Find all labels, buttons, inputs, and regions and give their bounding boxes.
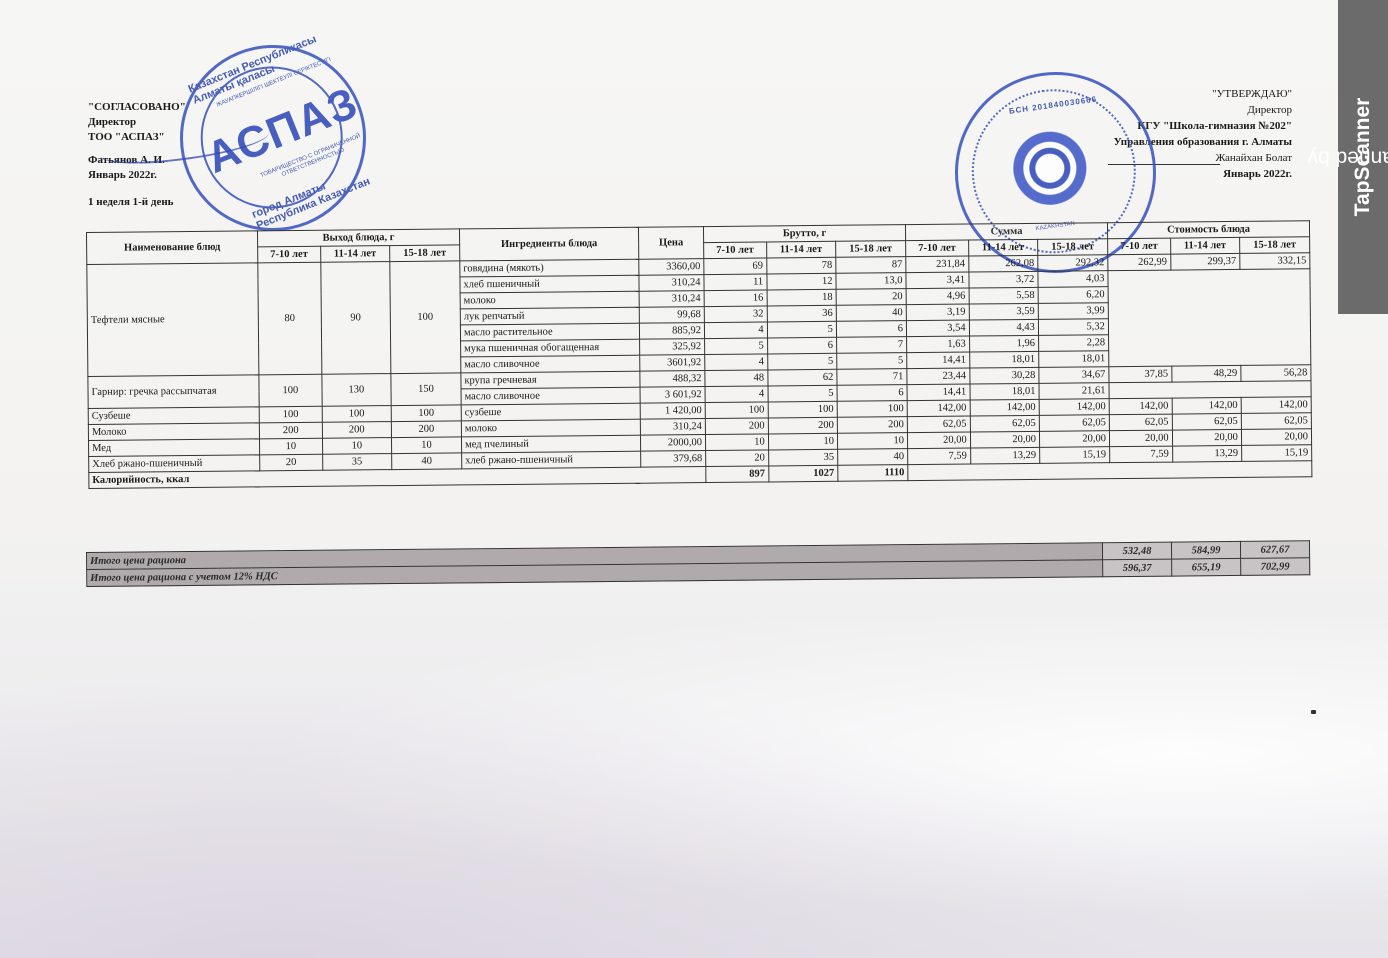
ingredient-brutto: 10 <box>768 433 837 450</box>
ingredient-brutto: 69 <box>704 258 767 275</box>
dish-yield: 100 <box>259 374 322 407</box>
ingredient-sum: 142,00 <box>907 400 970 417</box>
dish-cost: 15,19 <box>1241 445 1311 462</box>
ingredient-price: 310,24 <box>639 275 704 292</box>
dish-cost: 56,28 <box>1241 365 1311 382</box>
ingredient-name: крупа гречневая <box>461 371 640 389</box>
dish-cost: 142,00 <box>1109 398 1172 415</box>
header-age: 15-18 лет <box>390 245 460 262</box>
header-age: 11-14 лет <box>766 241 835 258</box>
ingredient-brutto: 13,0 <box>836 273 906 290</box>
header-dish: Наименование блюд <box>87 231 258 265</box>
dish-yield: 200 <box>259 422 322 439</box>
cost-blank <box>1108 269 1311 367</box>
dish-name: Хлеб ржано-пшеничный <box>89 455 260 473</box>
ingredient-sum: 14,41 <box>907 352 970 369</box>
approved-title: "УТВЕРЖДАЮ" <box>1114 86 1292 102</box>
calories-blank <box>908 461 1312 481</box>
header-age: 15-18 лет <box>836 241 906 258</box>
ingredient-sum: 1,96 <box>969 335 1038 352</box>
ingredient-brutto: 100 <box>837 401 907 418</box>
ingredient-brutto: 36 <box>767 305 836 322</box>
ingredient-name: молоко <box>461 419 640 437</box>
week-day-label: 1 неделя 1-й день <box>88 195 186 210</box>
ingredient-sum: 2,28 <box>1038 335 1108 352</box>
dish-yield: 130 <box>322 374 392 407</box>
ingredient-price: 1 420,00 <box>640 403 705 420</box>
ingredient-brutto: 32 <box>704 306 767 323</box>
header-age: 11-14 лет <box>1170 237 1239 254</box>
ingredient-brutto: 40 <box>836 305 906 322</box>
ingredient-brutto: 6 <box>837 385 907 402</box>
ingredient-sum: 62,05 <box>907 416 970 433</box>
ingredient-brutto: 10 <box>837 433 907 450</box>
ingredient-sum: 21,61 <box>1039 383 1109 400</box>
dish-yield: 80 <box>258 262 322 375</box>
ingredient-brutto: 5 <box>837 353 907 370</box>
ingredient-price: 310,24 <box>639 291 704 308</box>
ingredient-brutto: 200 <box>837 417 907 434</box>
ingredient-sum: 3,72 <box>969 271 1038 288</box>
header-ingredients: Ингредиенты блюда <box>459 227 638 261</box>
agreed-position: Директор <box>88 115 186 130</box>
ingredient-brutto: 20 <box>706 450 769 467</box>
ingredient-name: хлеб пшеничный <box>460 275 639 293</box>
totals-table: Итого цена рациона532,48584,99627,67Итог… <box>86 540 1310 587</box>
ingredient-sum: 13,29 <box>970 447 1039 464</box>
ingredient-brutto: 7 <box>836 337 906 354</box>
header-age: 15-18 лет <box>1239 237 1309 254</box>
ingredient-sum: 231,84 <box>906 256 969 273</box>
dish-cost: 20,00 <box>1109 430 1172 447</box>
ingredient-brutto: 4 <box>705 386 768 403</box>
ingredient-name: молоко <box>460 291 639 309</box>
dish-yield: 200 <box>391 421 461 438</box>
ingredient-price: 99,68 <box>639 307 704 324</box>
ingredient-sum: 6,20 <box>1038 287 1108 304</box>
dish-cost: 62,05 <box>1241 413 1311 430</box>
ingredient-name: масло сливочное <box>461 355 640 373</box>
dish-cost: 262,99 <box>1108 254 1171 271</box>
ingredient-price: 3 601,92 <box>640 387 705 404</box>
calories-value: 897 <box>706 466 769 483</box>
ingredient-brutto: 16 <box>704 290 767 307</box>
ingredient-sum: 292,32 <box>1038 255 1108 272</box>
ingredient-sum: 1,63 <box>907 336 970 353</box>
ingredient-price: 3360,00 <box>639 259 704 276</box>
ingredient-name: сузбеше <box>461 403 640 421</box>
ingredient-brutto: 35 <box>768 449 837 466</box>
header-yield: Выход блюда, г <box>257 229 459 247</box>
ingredient-sum: 3,99 <box>1038 303 1108 320</box>
cost-blank <box>1109 381 1311 399</box>
dish-yield: 10 <box>322 438 391 455</box>
ingredient-sum: 5,58 <box>969 287 1038 304</box>
ingredient-sum: 142,00 <box>1039 399 1109 416</box>
ingredient-name: хлеб ржано-пшеничный <box>462 451 641 469</box>
dish-cost: 332,15 <box>1240 253 1310 270</box>
dish-cost: 20,00 <box>1241 429 1311 446</box>
ingredient-sum: 20,00 <box>970 431 1039 448</box>
dish-cost: 37,85 <box>1109 366 1172 383</box>
ingredient-sum: 18,01 <box>970 383 1039 400</box>
ingredient-brutto: 48 <box>705 370 768 387</box>
ingredient-brutto: 5 <box>768 385 837 402</box>
ingredient-name: масло растительное <box>460 323 639 341</box>
dish-cost: 62,05 <box>1109 414 1172 431</box>
ingredient-brutto: 78 <box>766 257 835 274</box>
dish-yield: 100 <box>390 261 461 374</box>
ingredient-brutto: 4 <box>704 322 767 339</box>
dish-name: Мед <box>89 439 260 457</box>
dish-yield: 150 <box>391 373 461 406</box>
ingredient-price: 885,92 <box>639 323 704 340</box>
ingredient-brutto: 100 <box>768 401 837 418</box>
ingredient-brutto: 5 <box>767 321 836 338</box>
paper-background <box>0 620 1388 958</box>
dish-yield: 10 <box>259 438 322 455</box>
ingredient-brutto: 100 <box>705 402 768 419</box>
totals-value: 702,99 <box>1241 558 1310 576</box>
dish-name: Сузбеше <box>88 407 259 425</box>
ingredient-price: 325,92 <box>640 339 705 356</box>
ingredient-brutto: 20 <box>836 289 906 306</box>
ingredient-sum: 18,01 <box>1039 351 1109 368</box>
dish-cost: 142,00 <box>1172 397 1241 414</box>
totals-value: 627,67 <box>1240 541 1309 559</box>
ingredient-brutto: 6 <box>836 321 906 338</box>
dish-yield: 40 <box>392 453 462 470</box>
ingredient-price: 3601,92 <box>640 355 705 372</box>
dish-cost: 13,29 <box>1172 445 1241 462</box>
header-sum: Сумма <box>905 223 1107 241</box>
speck <box>1311 710 1316 714</box>
ingredient-name: говядина (мякоть) <box>460 259 639 277</box>
header-age: 11-14 лет <box>968 239 1037 256</box>
ingredient-sum: 262,08 <box>968 255 1037 272</box>
ingredient-name: мед пчелиный <box>461 435 640 453</box>
totals-value: 584,99 <box>1171 541 1240 559</box>
dish-cost: 142,00 <box>1241 397 1311 414</box>
ingredient-sum: 3,59 <box>969 303 1038 320</box>
ingredient-sum: 4,96 <box>906 288 969 305</box>
ingredient-sum: 4,43 <box>969 319 1038 336</box>
ingredient-price: 379,68 <box>641 451 706 468</box>
ingredient-sum: 20,00 <box>907 432 970 449</box>
header-age: 7-10 лет <box>258 246 321 263</box>
ingredient-sum: 14,41 <box>907 384 970 401</box>
calories-value: 1110 <box>838 465 908 482</box>
ingredient-sum: 62,05 <box>1039 415 1109 432</box>
ingredient-price: 310,24 <box>640 419 705 436</box>
dish-cost: 299,37 <box>1170 253 1239 270</box>
header-age: 7-10 лет <box>1108 238 1171 255</box>
dish-yield: 100 <box>391 405 461 422</box>
ingredient-sum: 3,54 <box>906 320 969 337</box>
dish-cost: 48,29 <box>1171 365 1240 382</box>
dish-cost: 7,59 <box>1110 446 1173 463</box>
ingredient-sum: 30,28 <box>969 367 1038 384</box>
ingredient-sum: 18,01 <box>969 351 1038 368</box>
ingredient-brutto: 4 <box>705 354 768 371</box>
ingredient-brutto: 11 <box>704 274 767 291</box>
dish-yield: 20 <box>260 454 323 471</box>
dish-yield: 10 <box>391 437 461 454</box>
ingredient-brutto: 5 <box>705 338 768 355</box>
ingredient-sum: 5,32 <box>1038 319 1108 336</box>
tapscanner-watermark: Scanned by TapScanner <box>1338 0 1388 314</box>
ingredient-sum: 62,05 <box>970 415 1039 432</box>
header-price: Цена <box>638 227 703 260</box>
header-age: 11-14 лет <box>320 246 389 263</box>
ingredient-brutto: 12 <box>767 273 836 290</box>
menu-table: Наименование блюд Выход блюда, г Ингреди… <box>86 220 1312 489</box>
ingredient-name: лук репчатый <box>460 307 639 325</box>
ingredient-sum: 7,59 <box>908 448 971 465</box>
ingredient-brutto: 200 <box>705 418 768 435</box>
agreed-date: Январь 2022г. <box>88 168 186 183</box>
ingredient-sum: 23,44 <box>907 368 970 385</box>
approved-position: Директор <box>1114 102 1292 118</box>
ingredient-name: масло сливочное <box>461 387 640 405</box>
dish-cost: 20,00 <box>1172 429 1241 446</box>
ingredient-brutto: 71 <box>837 369 907 386</box>
ingredient-name: мука пшеничная обогащенная <box>461 339 640 357</box>
totals-value: 596,37 <box>1103 559 1172 577</box>
ingredient-brutto: 62 <box>768 369 837 386</box>
ingredient-sum: 4,03 <box>1038 271 1108 288</box>
ingredient-brutto: 6 <box>767 337 836 354</box>
header-age: 7-10 лет <box>704 242 767 259</box>
ingredient-brutto: 200 <box>768 417 837 434</box>
ingredient-sum: 3,19 <box>906 304 969 321</box>
agreed-title: "СОГЛАСОВАНО" <box>88 100 186 115</box>
ingredient-brutto: 5 <box>767 353 836 370</box>
dish-yield: 100 <box>259 406 322 423</box>
ingredient-brutto: 18 <box>767 289 836 306</box>
ingredient-price: 2000,00 <box>640 435 705 452</box>
header-cost: Стоимость блюда <box>1107 221 1309 239</box>
ingredient-sum: 142,00 <box>970 399 1039 416</box>
dish-cost: 62,05 <box>1172 413 1241 430</box>
company-stamp: Казахстан Республикасы Алматы қаласы ЖАУ… <box>152 17 394 259</box>
ingredient-sum: 15,19 <box>1040 447 1110 464</box>
dish-name: Молоко <box>88 423 259 441</box>
ingredient-sum: 3,41 <box>906 272 969 289</box>
calories-value: 1027 <box>768 465 837 482</box>
ingredient-brutto: 10 <box>705 434 768 451</box>
dish-name: Тефтели мясные <box>87 263 259 377</box>
dish-name: Гарнир: гречка рассыпчатая <box>88 375 259 409</box>
dish-yield: 100 <box>322 406 391 423</box>
dish-yield: 90 <box>320 262 390 375</box>
header-age: 15-18 лет <box>1038 239 1108 256</box>
totals-value: 532,48 <box>1102 542 1171 560</box>
header-age: 7-10 лет <box>906 240 969 257</box>
header-brutto: Брутто, г <box>703 225 905 243</box>
ingredient-brutto: 87 <box>836 257 906 274</box>
dish-yield: 35 <box>322 454 391 471</box>
totals-value: 655,19 <box>1172 558 1241 576</box>
ingredient-sum: 34,67 <box>1039 367 1109 384</box>
ingredient-brutto: 40 <box>838 449 908 466</box>
ingredient-price: 488,32 <box>640 371 705 388</box>
ingredient-sum: 20,00 <box>1039 431 1109 448</box>
dish-yield: 200 <box>322 422 391 439</box>
